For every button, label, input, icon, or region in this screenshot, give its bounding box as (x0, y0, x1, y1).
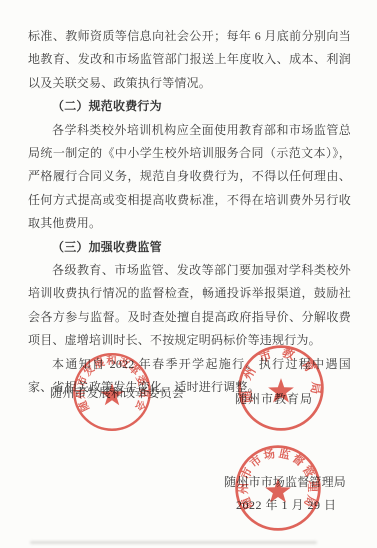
seal-star-icon (268, 378, 294, 402)
seal-arc-text: 随州市发展和改革委员会 (75, 354, 151, 414)
paragraph: 各级教育、市场监管、发改等部门要加强对学科类校外培训收费执行情况的监督检查，畅通… (28, 259, 351, 353)
svg-text:随州市发展和改革委员会: 随州市发展和改革委员会 (75, 354, 151, 414)
official-seal-education-bureau: 随州市教育局 (236, 343, 326, 433)
seal-star-icon (100, 383, 123, 405)
paragraph: 标准、教师资质等信息向社会公开；每年 6 月底前分别向当地教育、发改和市场监管部… (28, 25, 351, 95)
section-heading: （二）规范收费行为 (28, 95, 351, 118)
paragraph: 各学科类校外培训机构应全面使用教育部和市场监管总局统一制定的《中小学生校外培训服… (28, 119, 351, 236)
seal-star-icon (265, 478, 291, 502)
scanned-document-page: 标准、教师资质等信息向社会公开；每年 6 月底前分别向当地教育、发改和市场监管部… (0, 0, 377, 548)
official-seal-market-regulation-bureau: 随州市市场监督管理局 (233, 443, 323, 533)
scan-bottom-edge (30, 541, 317, 544)
section-heading: （三）加强收费监管 (28, 236, 351, 259)
official-seal-development-reform-commission: 随州市发展和改革委员会 (71, 351, 153, 433)
